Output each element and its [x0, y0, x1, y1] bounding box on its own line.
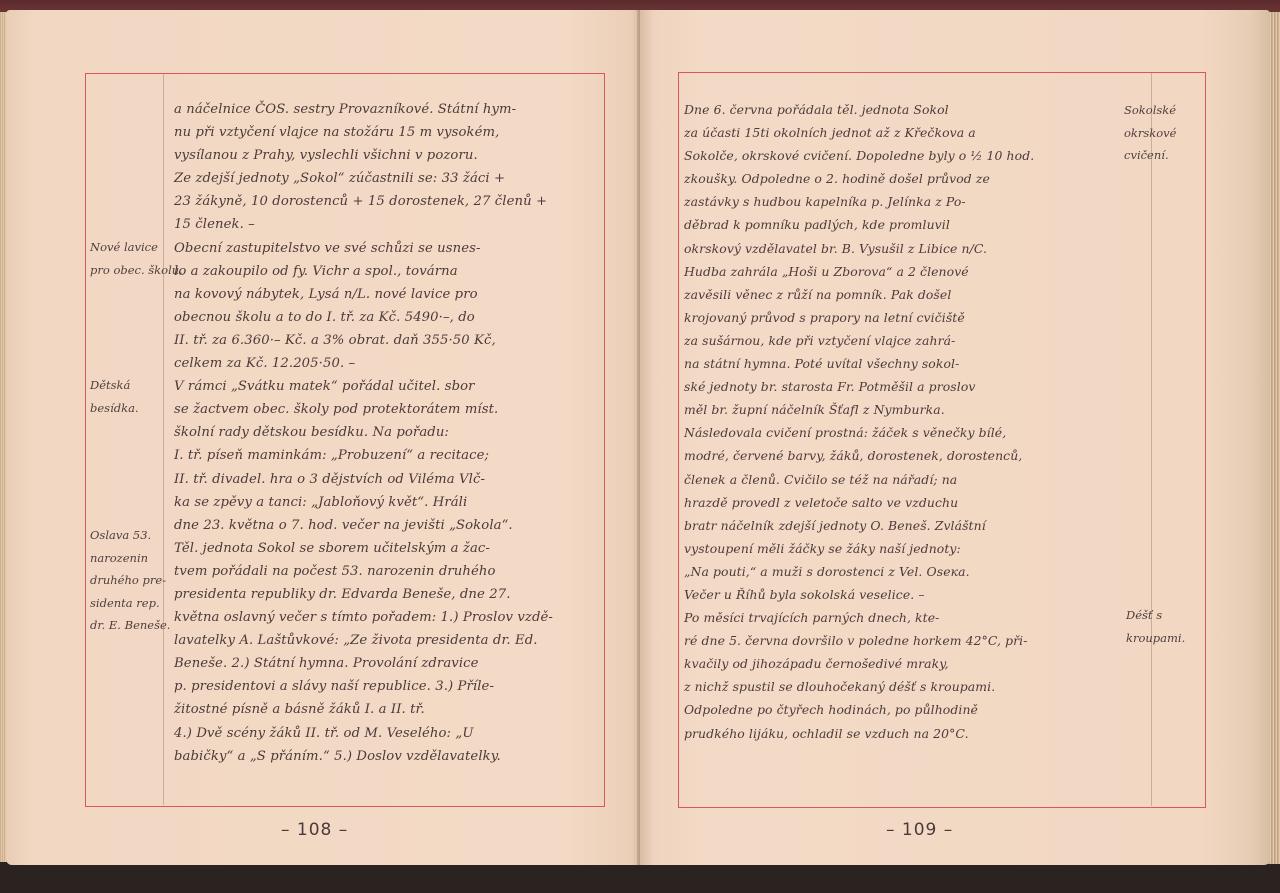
text-line: celkem za Kč. 12.205·50. –: [174, 352, 553, 375]
text-line: Sokolče, okrskové cvičení. Dopoledne byl…: [684, 144, 1034, 167]
text-line: na kovový nábytek, Lysá n/L. nové lavice…: [174, 283, 553, 306]
text-line: I. tř. píseň maminkám: „Probuzení“ a rec…: [174, 444, 553, 467]
margin-line-right: [1151, 73, 1152, 806]
margin-note-line: besídka.: [90, 397, 139, 420]
left-page-body: a náčelnice ČOS. sestry Provazníkové. St…: [174, 98, 553, 768]
margin-note-line: kroupami.: [1126, 627, 1185, 650]
text-line: II. tř. divadel. hra o 3 dějstvích od Vi…: [174, 468, 553, 491]
text-line: za sušárnou, kde při vztyčení vlajce zah…: [684, 329, 1034, 352]
text-line: Večer u Říhů byla sokolská veselice. –: [684, 583, 1034, 606]
text-line: na státní hymna. Poté uvítal všechny sok…: [684, 352, 1034, 375]
text-line: nu při vztyčení vlajce na stožáru 15 m v…: [174, 121, 553, 144]
text-line: měl br. župní náčelník Šťafl z Nymburka.: [684, 398, 1034, 421]
margin-line-left: [163, 74, 164, 805]
text-line: školní rady dětskou besídku. Na pořadu:: [174, 421, 553, 444]
page-number-right: – 109 –: [886, 820, 953, 840]
text-line: Hudba zahrála „Hoši u Zborova“ a 2 členo…: [684, 260, 1034, 283]
text-line: vystoupení měli žáčky se žáky naší jedno…: [684, 537, 1034, 560]
text-line: Beneše. 2.) Státní hymna. Provolání zdra…: [174, 652, 553, 675]
text-line: Po měsíci trvajících parných dnech, kte-: [684, 606, 1034, 629]
text-line: z nichž spustil se dlouhočekaný déšť s k…: [684, 675, 1034, 698]
text-line: bratr náčelník zdejší jednoty O. Beneš. …: [684, 514, 1034, 537]
margin-note-line: Déšť s: [1126, 604, 1185, 627]
text-line: kvačily od jihozápadu černošedivé mraky,: [684, 652, 1034, 675]
text-line: zastávky s hudbou kapelníka p. Jelínka z…: [684, 190, 1034, 213]
text-line: vysílanou z Prahy, vyslechli všichni v p…: [174, 144, 553, 167]
text-line: V rámci „Svátku matek“ pořádal učitel. s…: [174, 375, 553, 398]
right-page-body: Dne 6. června pořádala těl. jednota Soko…: [684, 98, 1034, 745]
text-line: dne 23. května o 7. hod. večer na jevišt…: [174, 514, 553, 537]
text-line: 23 žákyně, 10 dorostenců + 15 dorostenek…: [174, 190, 553, 213]
text-line: ré dne 5. června dovršilo v poledne hork…: [684, 629, 1034, 652]
text-line: 4.) Dvě scény žáků II. tř. od M. Veseléh…: [174, 722, 553, 745]
text-line: lavatelky A. Laštůvkové: „Ze života pres…: [174, 629, 553, 652]
text-line: „Na pouti,“ a muži s dorostenci z Vel. O…: [684, 560, 1034, 583]
page-number-left: – 108 –: [281, 820, 348, 840]
margin-note-line: pro obec. školu.: [90, 259, 183, 282]
margin-note-childrens-event: Dětská besídka.: [90, 374, 139, 419]
open-book: Nové lavice pro obec. školu. Dětská besí…: [0, 4, 1280, 870]
text-line: Odpoledne po čtyřech hodinách, po půlhod…: [684, 698, 1034, 721]
margin-note-line: Oslava 53.: [90, 524, 170, 547]
text-line: za účasti 15ti okolních jednot až z Křeč…: [684, 121, 1034, 144]
text-line: Následovala cvičení prostná: žáček s věn…: [684, 421, 1034, 444]
right-page: Sokolské okrskové cvičení. Déšť s kroupa…: [640, 10, 1270, 865]
margin-note-line: okrskové: [1124, 122, 1177, 145]
text-line: členek a členů. Cvičilo se též na nářadí…: [684, 468, 1034, 491]
margin-note-line: druhého pre-: [90, 569, 170, 592]
text-line: Ze zdejší jednoty „Sokol“ zúčastnili se:…: [174, 167, 553, 190]
text-line: obecnou školu a to do I. tř. za Kč. 5490…: [174, 306, 553, 329]
text-line: Obecní zastupitelstvo ve své schůzi se u…: [174, 237, 553, 260]
text-line: Těl. jednota Sokol se sborem učitelským …: [174, 537, 553, 560]
text-line: lo a zakoupilo od fy. Vichr a spol., tov…: [174, 260, 553, 283]
text-line: krojovaný průvod s prapory na letní cvič…: [684, 306, 1034, 329]
text-line: a náčelnice ČOS. sestry Provazníkové. St…: [174, 98, 553, 121]
margin-note-president-birthday: Oslava 53. narozenin druhého pre- sident…: [90, 524, 170, 637]
text-line: děbrad k pomníku padlých, kde promluvil: [684, 213, 1034, 236]
text-line: prudkého lijáku, ochladil se vzduch na 2…: [684, 722, 1034, 745]
text-line: modré, červené barvy, žáků, dorostenek, …: [684, 444, 1034, 467]
text-line: žitostné písně a básně žáků I. a II. tř.: [174, 698, 553, 721]
text-line: babičky“ a „S přáním.“ 5.) Doslov vzděla…: [174, 745, 553, 768]
margin-note-line: Nové lavice: [90, 236, 183, 259]
text-line: zavěsili věnec z růží na pomník. Pak doš…: [684, 283, 1034, 306]
text-line: zkoušky. Odpoledne o 2. hodině došel prů…: [684, 167, 1034, 190]
text-line: ka se zpěvy a tanci: „Jabloňový květ“. H…: [174, 491, 553, 514]
text-line: se žactvem obec. školy pod protektorátem…: [174, 398, 553, 421]
margin-note-line: Sokolské: [1124, 99, 1177, 122]
left-page: Nové lavice pro obec. školu. Dětská besí…: [6, 10, 640, 865]
text-line: hrazdě provedl z veletoče salto ve vzduc…: [684, 491, 1034, 514]
margin-note-hail-rain: Déšť s kroupami.: [1126, 604, 1185, 649]
text-line: p. presidentovi a slávy naší republice. …: [174, 675, 553, 698]
text-line: II. tř. za 6.360·– Kč. a 3% obrat. daň 3…: [174, 329, 553, 352]
text-line: presidenta republiky dr. Edvarda Beneše,…: [174, 583, 553, 606]
margin-note-line: sidenta rep.: [90, 592, 170, 615]
margin-note-benches: Nové lavice pro obec. školu.: [90, 236, 183, 281]
text-line: tvem pořádali na počest 53. narozenin dr…: [174, 560, 553, 583]
margin-note-line: narozenin: [90, 547, 170, 570]
text-line: 15 členek. –: [174, 213, 553, 236]
text-line: ské jednoty br. starosta Fr. Potměšil a …: [684, 375, 1034, 398]
text-line: okrskový vzdělavatel br. B. Vysušil z Li…: [684, 237, 1034, 260]
text-line: Dne 6. června pořádala těl. jednota Soko…: [684, 98, 1034, 121]
margin-note-line: Dětská: [90, 374, 139, 397]
text-line: května oslavný večer s tímto pořadem: 1.…: [174, 606, 553, 629]
margin-note-line: dr. E. Beneše.: [90, 614, 170, 637]
margin-note-line: cvičení.: [1124, 144, 1177, 167]
margin-note-sokol-exercise: Sokolské okrskové cvičení.: [1124, 99, 1177, 167]
